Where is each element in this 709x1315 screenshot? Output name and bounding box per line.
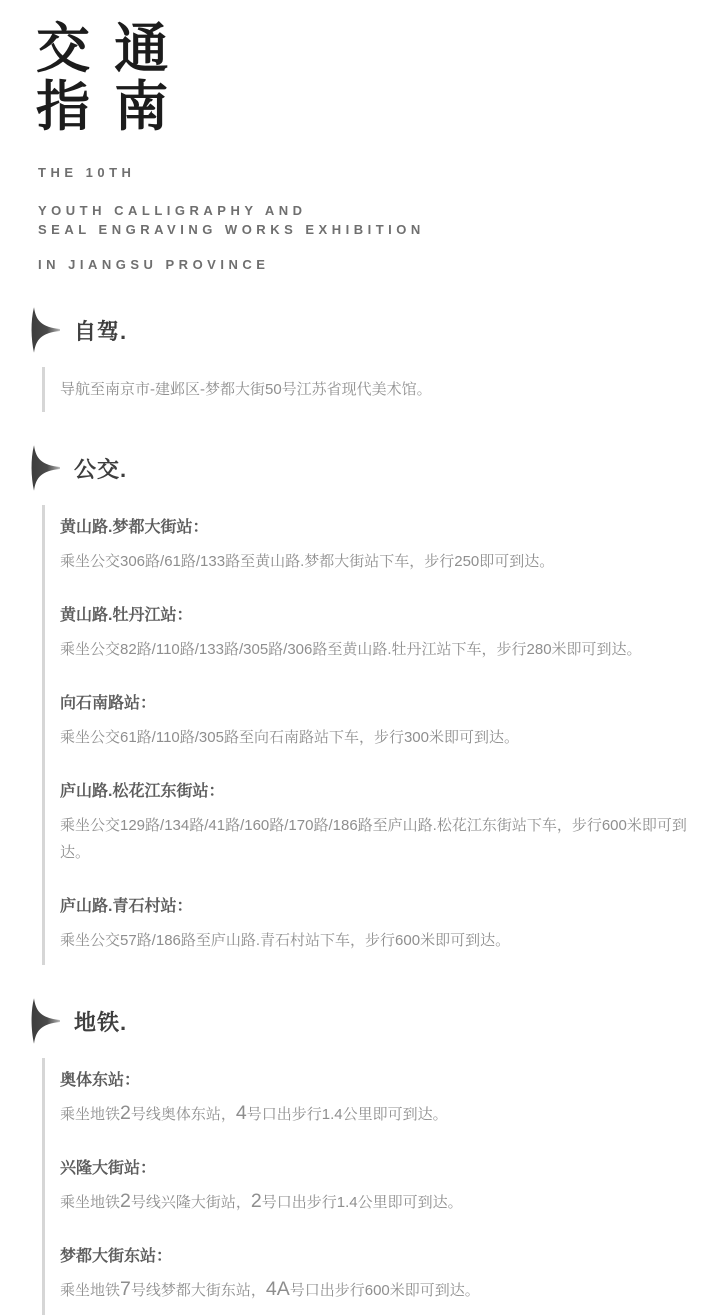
subtitle-name-line-1: YOUTH CALLIGRAPHY AND — [38, 201, 709, 220]
bus-stop-desc: 乘坐公交82路/110路/133路/305路/306路至黄山路.牡丹江站下车，步… — [60, 636, 689, 663]
bus-stop-desc: 乘坐公交57路/186路至庐山路.青石村站下车，步行600米即可到达。 — [60, 927, 689, 954]
bus-stop-item: 庐山路.松花江东街站： 乘坐公交129路/134路/41路/160路/170路/… — [60, 778, 689, 866]
bus-stop-item: 黄山路.牡丹江站： 乘坐公交82路/110路/133路/305路/306路至黄山… — [60, 602, 689, 663]
bus-stop-item: 向石南路站： 乘坐公交61路/110路/305路至向石南路站下车，步行300米即… — [60, 690, 689, 751]
section-marker-icon — [29, 307, 60, 353]
title-line-2: 指南 — [36, 78, 709, 136]
poster-header: 交通 指南 THE 10TH YOUTH CALLIGRAPHY AND SEA… — [0, 20, 709, 274]
section-bus-header: 公交. — [29, 445, 709, 491]
metro-stop-desc: 乘坐地铁7号线梦都大街东站，4A号口出步行600米即可到达。 — [60, 1277, 689, 1304]
page-title: 交通 指南 — [36, 20, 709, 136]
section-metro: 地铁. 奥体东站： 乘坐地铁2号线奥体东站，4号口出步行1.4公里即可到达。 兴… — [0, 998, 709, 1315]
bus-stop-item: 庐山路.青石村站： 乘坐公交57路/186路至庐山路.青石村站下车，步行600米… — [60, 893, 689, 954]
traffic-guide-poster: 交通 指南 THE 10TH YOUTH CALLIGRAPHY AND SEA… — [0, 0, 709, 1315]
bus-stop-name: 庐山路.松花江东街站： — [60, 778, 689, 801]
metro-stop-name: 奥体东站： — [60, 1067, 689, 1090]
metro-stop-name: 梦都大街东站： — [60, 1243, 689, 1266]
section-bus: 公交. 黄山路.梦都大街站： 乘坐公交306路/61路/133路至黄山路.梦都大… — [0, 445, 709, 965]
section-driving-body: 导航至南京市-建邺区-梦都大街50号江苏省现代美术馆。 — [42, 367, 709, 412]
bus-stop-name: 黄山路.梦都大街站： — [60, 514, 689, 537]
section-marker-icon — [29, 998, 60, 1044]
section-bus-body: 黄山路.梦都大街站： 乘坐公交306路/61路/133路至黄山路.梦都大街站下车… — [42, 505, 709, 965]
metro-stop-desc: 乘坐地铁2号线兴隆大街站，2号口出步行1.4公里即可到达。 — [60, 1189, 689, 1216]
bus-stop-desc: 乘坐公交61路/110路/305路至向石南路站下车，步行300米即可到达。 — [60, 724, 689, 751]
section-driving-header: 自驾. — [29, 307, 709, 353]
subtitle-edition: THE 10TH — [38, 163, 709, 182]
metro-stop-name: 兴隆大街站： — [60, 1155, 689, 1178]
subtitle-region: IN JIANGSU PROVINCE — [38, 255, 709, 274]
metro-stop-item: 兴隆大街站： 乘坐地铁2号线兴隆大街站，2号口出步行1.4公里即可到达。 — [60, 1155, 689, 1216]
section-driving-label: 自驾. — [74, 315, 127, 346]
metro-stop-desc: 乘坐地铁2号线奥体东站，4号口出步行1.4公里即可到达。 — [60, 1101, 689, 1128]
subtitle-name-line-2: SEAL ENGRAVING WORKS EXHIBITION — [38, 220, 709, 239]
bus-stop-desc: 乘坐公交306路/61路/133路至黄山路.梦都大街站下车，步行250即可到达。 — [60, 548, 689, 575]
section-bus-label: 公交. — [74, 453, 127, 484]
section-metro-label: 地铁. — [74, 1006, 127, 1037]
exhibition-subtitle: THE 10TH YOUTH CALLIGRAPHY AND SEAL ENGR… — [38, 163, 709, 274]
section-marker-icon — [29, 445, 60, 491]
bus-stop-name: 黄山路.牡丹江站： — [60, 602, 689, 625]
section-driving: 自驾. 导航至南京市-建邺区-梦都大街50号江苏省现代美术馆。 — [0, 307, 709, 412]
metro-stop-item: 梦都大街东站： 乘坐地铁7号线梦都大街东站，4A号口出步行600米即可到达。 — [60, 1243, 689, 1304]
section-metro-body: 奥体东站： 乘坐地铁2号线奥体东站，4号口出步行1.4公里即可到达。 兴隆大街站… — [42, 1058, 709, 1315]
bus-stop-name: 向石南路站： — [60, 690, 689, 713]
section-metro-header: 地铁. — [29, 998, 709, 1044]
bus-stop-name: 庐山路.青石村站： — [60, 893, 689, 916]
bus-stop-desc: 乘坐公交129路/134路/41路/160路/170路/186路至庐山路.松花江… — [60, 812, 689, 866]
driving-note: 导航至南京市-建邺区-梦都大街50号江苏省现代美术馆。 — [60, 376, 689, 403]
title-line-1: 交通 — [36, 20, 709, 78]
metro-stop-item: 奥体东站： 乘坐地铁2号线奥体东站，4号口出步行1.4公里即可到达。 — [60, 1067, 689, 1128]
bus-stop-item: 黄山路.梦都大街站： 乘坐公交306路/61路/133路至黄山路.梦都大街站下车… — [60, 514, 689, 575]
